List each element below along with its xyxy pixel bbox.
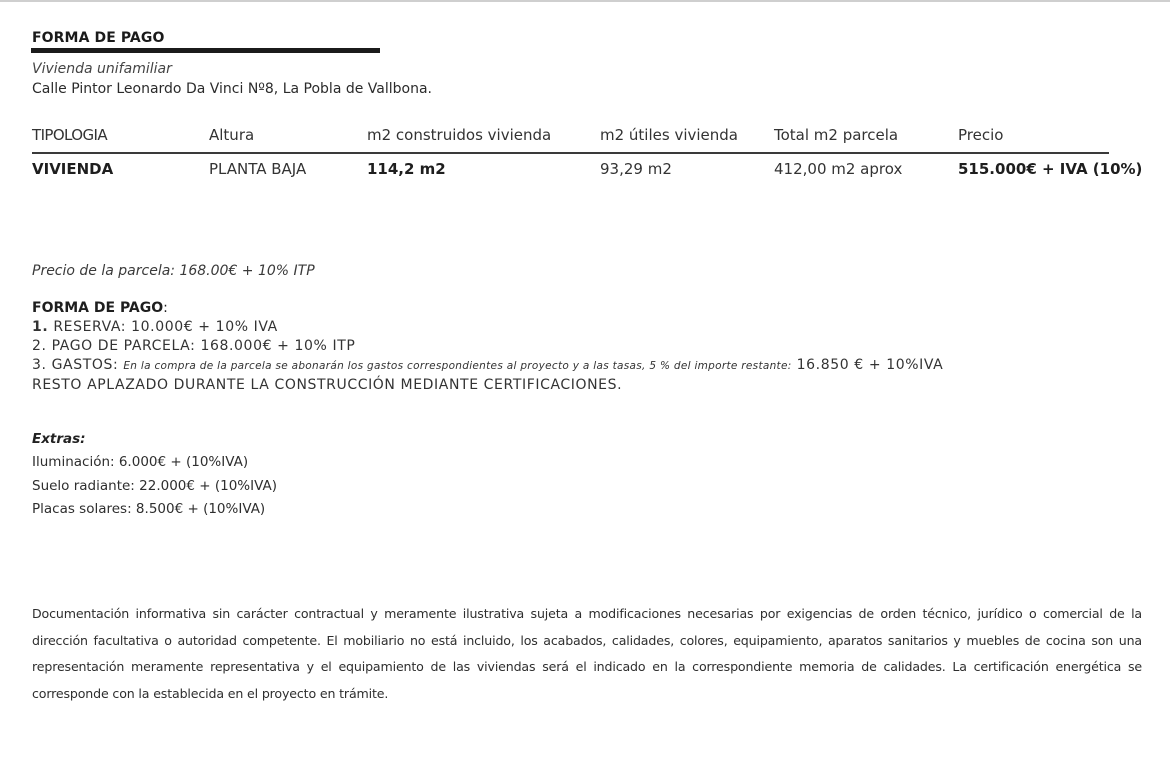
column-header-precio: Precio <box>958 126 1003 144</box>
cell-m2-construidos: 114,2 m2 <box>367 160 446 178</box>
cell-m2-utiles: 93,29 m2 <box>600 160 672 178</box>
column-header-altura: Altura <box>209 126 254 144</box>
extras-title: Extras: <box>32 431 277 447</box>
payment-item-note: En la compra de la parcela se abonarán l… <box>123 360 791 372</box>
cell-total-m2-parcela: 412,00 m2 aprox <box>774 160 902 178</box>
payment-item-text: RESERVA: 10.000€ + 10% IVA <box>48 319 278 335</box>
payment-item-reserva: 1. RESERVA: 10.000€ + 10% IVA <box>32 318 943 337</box>
payment-remainder: RESTO APLAZADO DURANTE LA CONSTRUCCIÓN M… <box>32 376 943 395</box>
payment-terms-title: FORMA DE PAGO: <box>32 299 943 318</box>
plot-price-note: Precio de la parcela: 168.00€ + 10% ITP <box>32 263 315 279</box>
title-underline-bar <box>31 48 380 53</box>
payment-item-number: 3. <box>32 357 47 373</box>
payment-item-parcela: 2. PAGO DE PARCELA: 168.000€ + 10% ITP <box>32 337 943 356</box>
column-header-tipologia: TIPOLOGIA <box>32 126 107 144</box>
payment-terms-title-colon: : <box>163 300 168 316</box>
column-header-total-m2-parcela: Total m2 parcela <box>774 126 898 144</box>
payment-item-gastos: 3. GASTOS: En la compra de la parcela se… <box>32 356 943 376</box>
payment-item-amount: 16.850 € + 10%IVA <box>792 357 944 373</box>
extras-item-iluminacion: Iluminación: 6.000€ + (10%IVA) <box>32 451 277 475</box>
cell-precio: 515.000€ + IVA (10%) <box>958 160 1142 178</box>
page-top-border <box>0 0 1170 2</box>
cell-altura: PLANTA BAJA <box>209 160 306 178</box>
payment-item-text: PAGO DE PARCELA: 168.000€ + 10% ITP <box>47 338 356 354</box>
cell-tipologia: VIVIENDA <box>32 160 113 178</box>
payment-item-number: 2. <box>32 338 47 354</box>
column-header-m2-utiles: m2 útiles vivienda <box>600 126 738 144</box>
extras-item-placas-solares: Placas solares: 8.500€ + (10%IVA) <box>32 498 277 522</box>
legal-disclaimer: Documentación informativa sin carácter c… <box>32 601 1142 707</box>
property-address: Calle Pintor Leonardo Da Vinci Nº8, La P… <box>32 81 432 97</box>
section-title: FORMA DE PAGO <box>32 30 164 46</box>
payment-terms-title-text: FORMA DE PAGO <box>32 300 163 316</box>
column-header-m2-construidos: m2 construidos vivienda <box>367 126 551 144</box>
payment-terms: FORMA DE PAGO: 1. RESERVA: 10.000€ + 10%… <box>32 299 943 395</box>
payment-item-number: 1. <box>32 319 48 335</box>
table-header-divider <box>32 152 1109 154</box>
extras-item-suelo-radiante: Suelo radiante: 22.000€ + (10%IVA) <box>32 475 277 499</box>
extras-section: Extras: Iluminación: 6.000€ + (10%IVA) S… <box>32 431 277 522</box>
property-type: Vivienda unifamiliar <box>32 61 172 77</box>
payment-item-label: GASTOS: <box>47 357 124 373</box>
